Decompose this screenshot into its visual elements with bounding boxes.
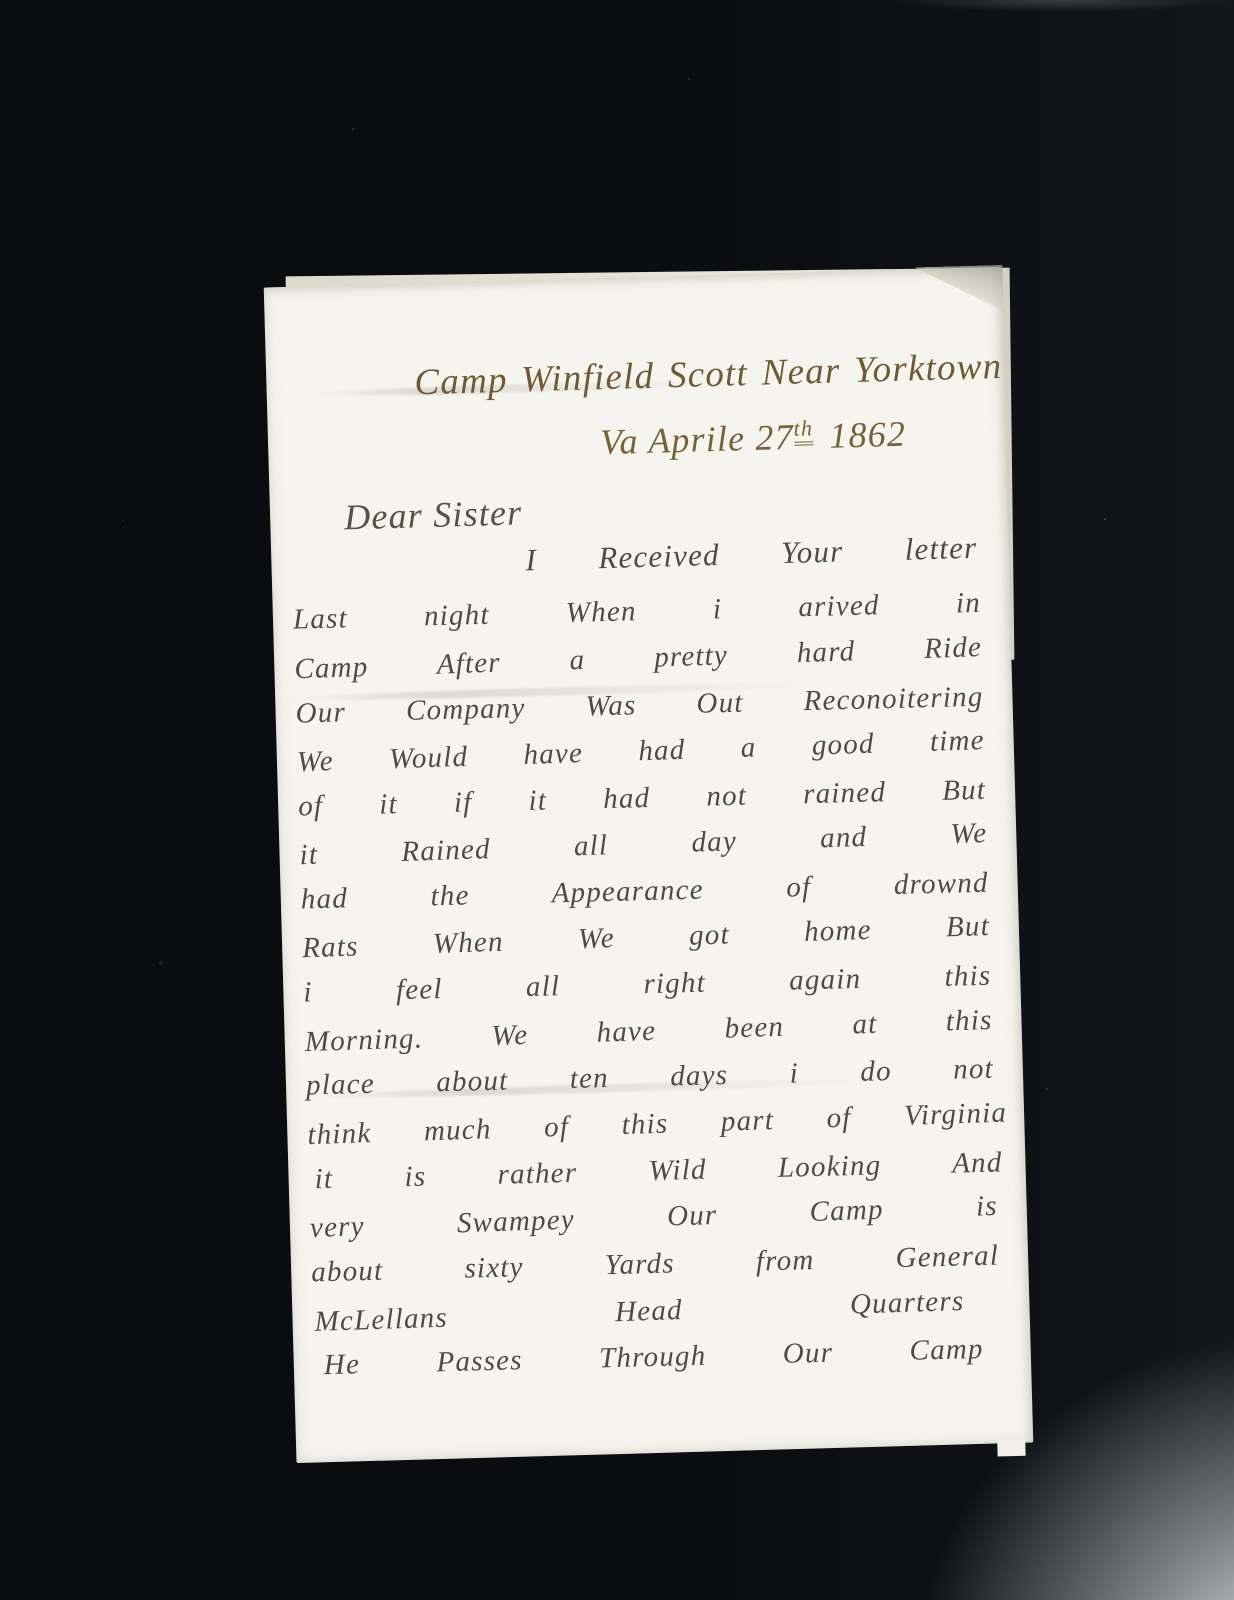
letter-line: McLellans Head Quarters [314, 1285, 965, 1339]
date-year: 1862 [829, 414, 907, 456]
letter-line: very Swampey Our Camp is [309, 1190, 998, 1245]
letter-line: i feel all right again this [303, 960, 992, 1010]
letter-line: We Would have had a good time [296, 724, 985, 779]
letter-line: think much of this part of Virginia [307, 1097, 1008, 1153]
salutation: Dear Sister [344, 491, 523, 538]
letter-line: it Rained all day and We [299, 817, 988, 872]
scanned-letter-photo: Camp Winfield Scott Near Yorktown Va Apr… [0, 0, 1234, 1600]
letter-line: place about ten days i do not [306, 1053, 995, 1103]
letter-heading-line1: Camp Winfield Scott Near Yorktown [414, 345, 1003, 404]
dust-specks [0, 0, 2, 2]
letter-line: had the Appearance of drownd [300, 867, 989, 917]
letter-line: of it if it had not rained But [298, 774, 987, 824]
letter-line: Last night When i arived in [293, 587, 982, 637]
letter-opening-line: I Received Your letter [525, 530, 978, 579]
letter-line: Our Company Was Out Reconoitering [295, 681, 984, 731]
letter-line: Morning. We have been at this [304, 1004, 993, 1059]
letter-line: about sixty Yards from General [311, 1240, 1000, 1290]
letter-line: it is rather Wild Looking And [314, 1146, 1003, 1196]
letter-line: He Passes Through Our Camp [323, 1333, 984, 1382]
letter-heading-line2: Va Aprile 27th1862 [600, 413, 907, 464]
letter-line: Camp After a pretty hard Ride [294, 631, 983, 686]
date-ordinal-suffix: th [793, 415, 813, 446]
page-corner-fold-icon [914, 265, 1003, 313]
date-text: Va Aprile 27 [600, 417, 795, 462]
letter-page: Camp Winfield Scott Near Yorktown Va Apr… [264, 267, 1034, 1463]
letter-line: Rats When We got home But [302, 910, 991, 965]
page-bottom-step [997, 1440, 1025, 1457]
